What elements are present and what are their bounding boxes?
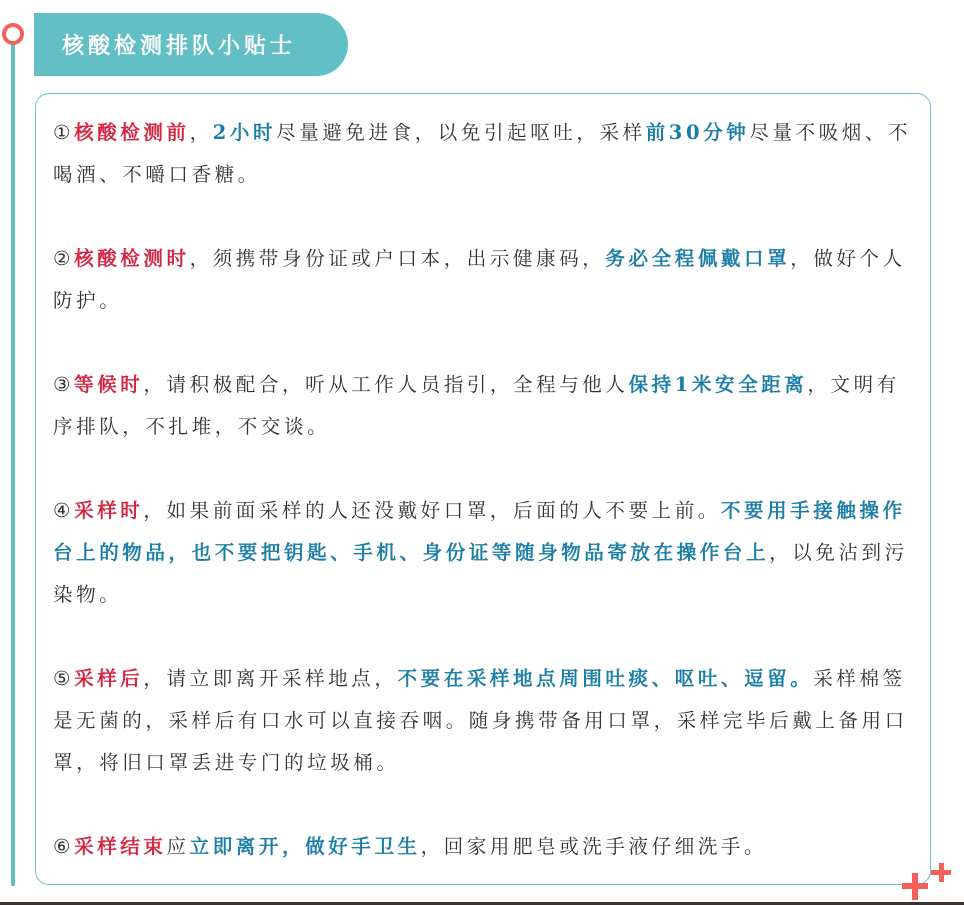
tip-number: ① <box>53 121 74 144</box>
tip-heading: 采样结束 <box>74 835 166 858</box>
title-banner: 核酸检测排队小贴士 <box>34 13 348 76</box>
tip-heading: 核酸检测前 <box>74 121 190 144</box>
tip-highlight: 2小时 <box>213 121 276 144</box>
tip-highlight: 保持1米安全距离 <box>629 373 808 396</box>
tip-heading: 采样时 <box>74 499 143 522</box>
tip-number: ② <box>53 247 74 270</box>
tip-text: ，须携带身份证或户口本，出示健康码， <box>190 247 606 270</box>
tip-text: 应 <box>167 835 190 858</box>
tip-text: ，回家用肥皂或洗手液仔细洗手。 <box>421 835 768 858</box>
tips-list: ①核酸检测前，2小时尽量避免进食，以免引起呕吐，采样前30分钟尽量不吸烟、不喝酒… <box>53 112 919 868</box>
tip-text: ， <box>190 121 213 144</box>
tip-number: ④ <box>53 499 74 522</box>
tip-text: ，请立即离开采样地点， <box>143 667 397 690</box>
tip-4: ④采样时，如果前面采样的人还没戴好口罩，后面的人不要上前。不要用手接触操作台上的… <box>53 490 919 616</box>
tip-text: 尽量避免进食，以免引起呕吐，采样 <box>276 121 646 144</box>
tip-highlight: 不要在采样地点周围吐痰、呕吐、逗留。 <box>398 667 814 690</box>
tip-text: ，如果前面采样的人还没戴好口罩，后面的人不要上前。 <box>143 499 721 522</box>
tip-heading: 核酸检测时 <box>74 247 190 270</box>
tip-highlight: 务必全程佩戴口罩 <box>605 247 790 270</box>
tip-highlight: 前30分钟 <box>646 121 750 144</box>
tip-3: ③等候时，请积极配合，听从工作人员指引，全程与他人保持1米安全距离，文明有序排队… <box>53 364 919 448</box>
tip-highlight: 立即离开，做好手卫生 <box>190 835 421 858</box>
tip-number: ⑥ <box>53 835 74 858</box>
tip-1: ①核酸检测前，2小时尽量避免进食，以免引起呕吐，采样前30分钟尽量不吸烟、不喝酒… <box>53 112 919 196</box>
timeline-node-icon <box>2 23 24 45</box>
tip-heading: 等候时 <box>74 373 143 396</box>
tip-6: ⑥采样结束应立即离开，做好手卫生，回家用肥皂或洗手液仔细洗手。 <box>53 826 919 868</box>
tip-text: ，请积极配合，听从工作人员指引，全程与他人 <box>143 373 628 396</box>
tip-number: ③ <box>53 373 74 396</box>
tip-2: ②核酸检测时，须携带身份证或户口本，出示健康码，务必全程佩戴口罩，做好个人防护。 <box>53 238 919 322</box>
page-title: 核酸检测排队小贴士 <box>62 29 296 60</box>
timeline-line <box>11 44 15 886</box>
tip-number: ⑤ <box>53 667 74 690</box>
tip-5: ⑤采样后，请立即离开采样地点，不要在采样地点周围吐痰、呕吐、逗留。采样棉签是无菌… <box>53 658 919 784</box>
tip-heading: 采样后 <box>74 667 143 690</box>
